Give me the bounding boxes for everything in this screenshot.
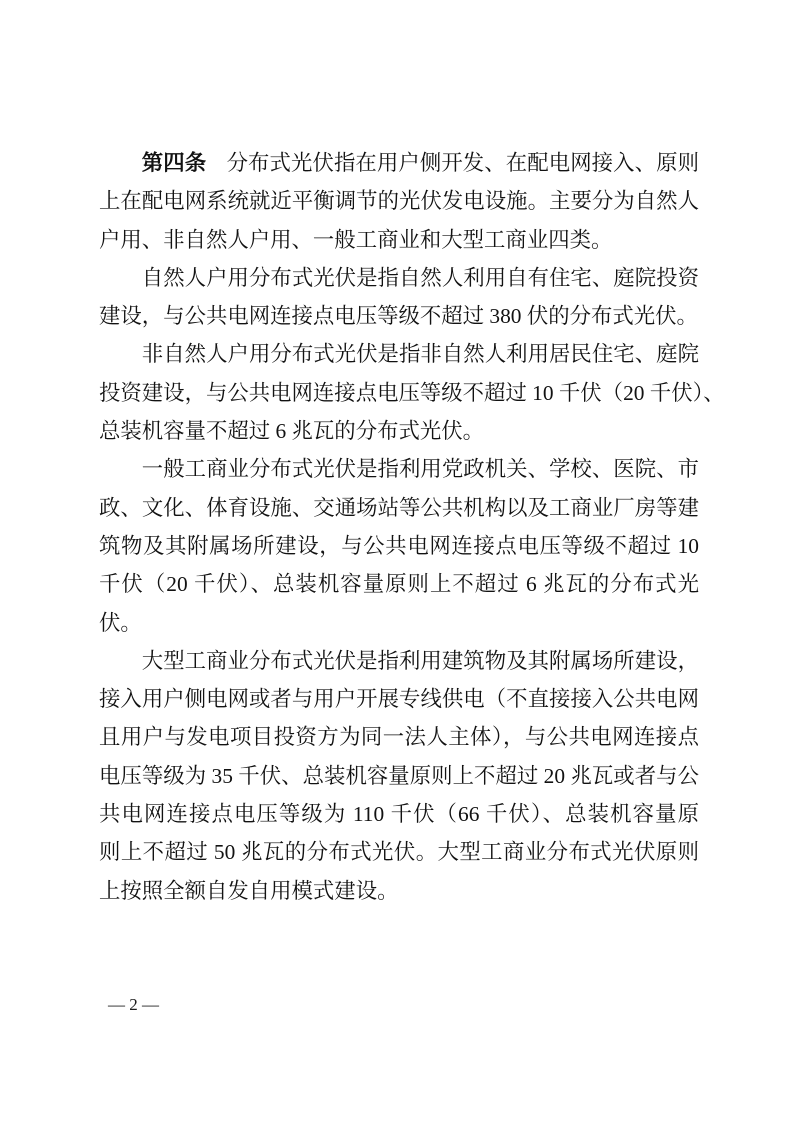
document-page: 第四条分布式光伏指在用户侧开发、在配电网接入、原则 上在配电网系统就近平衡调节的…	[0, 0, 793, 1122]
document-line: 政、文化、体育设施、交通场站等公共机构以及工商业厂房等建	[99, 489, 699, 527]
document-line: 建设，与公共电网连接点电压等级不超过 380 伏的分布式光伏。	[99, 297, 699, 335]
document-line: 第四条分布式光伏指在用户侧开发、在配电网接入、原则	[99, 144, 699, 182]
document-line: 筑物及其附属场所建设，与公共电网连接点电压等级不超过 10	[99, 527, 699, 565]
document-line: 户用、非自然人户用、一般工商业和大型工商业四类。	[99, 221, 699, 259]
document-line: 投资建设，与公共电网连接点电压等级不超过 10 千伏（20 千伏）、	[99, 374, 699, 412]
document-line-text: 分布式光伏指在用户侧开发、在配电网接入、原则	[227, 151, 699, 175]
document-line: 伏。	[99, 604, 699, 642]
document-body: 第四条分布式光伏指在用户侧开发、在配电网接入、原则 上在配电网系统就近平衡调节的…	[99, 144, 699, 910]
document-line: 总装机容量不超过 6 兆瓦的分布式光伏。	[99, 412, 699, 450]
document-line: 接入用户侧电网或者与用户开展专线供电（不直接接入公共电网	[99, 680, 699, 718]
document-line: 上按照全额自发自用模式建设。	[99, 872, 699, 910]
document-line: 且用户与发电项目投资方为同一法人主体），与公共电网连接点	[99, 718, 699, 756]
page-number: — 2 —	[108, 995, 159, 1015]
document-line: 大型工商业分布式光伏是指利用建筑物及其附属场所建设，	[99, 642, 699, 680]
document-line: 电压等级为 35 千伏、总装机容量原则上不超过 20 兆瓦或者与公	[99, 757, 699, 795]
document-line: 非自然人户用分布式光伏是指非自然人利用居民住宅、庭院	[99, 335, 699, 373]
document-line: 则上不超过 50 兆瓦的分布式光伏。大型工商业分布式光伏原则	[99, 833, 699, 871]
document-line: 共电网连接点电压等级为 110 千伏（66 千伏）、总装机容量原	[99, 795, 699, 833]
document-line: 自然人户用分布式光伏是指自然人利用自有住宅、庭院投资	[99, 259, 699, 297]
document-line: 一般工商业分布式光伏是指利用党政机关、学校、医院、市	[99, 450, 699, 488]
article-number: 第四条	[142, 151, 206, 175]
document-line: 上在配电网系统就近平衡调节的光伏发电设施。主要分为自然人	[99, 182, 699, 220]
document-line: 千伏（20 千伏）、总装机容量原则上不超过 6 兆瓦的分布式光	[99, 565, 699, 603]
